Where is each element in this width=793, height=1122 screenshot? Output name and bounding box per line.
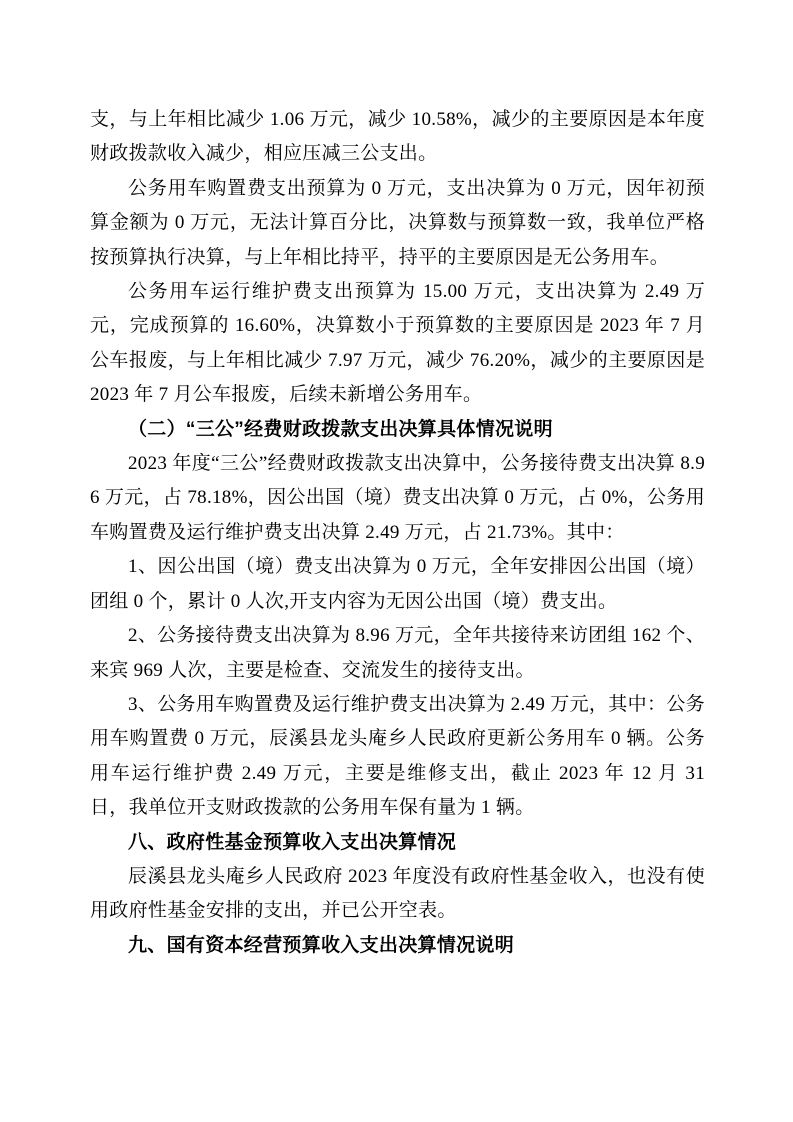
section-heading-government-fund-budget: 八、政府性基金预算收入支出决算情况	[90, 826, 705, 860]
paragraph-continuation: 支，与上年相比减少 1.06 万元，减少 10.58%，减少的主要原因是本年度财…	[90, 103, 705, 172]
paragraph-government-fund-statement: 辰溪县龙头庵乡人民政府 2023 年度没有政府性基金收入，也没有使用政府性基金安…	[90, 860, 705, 929]
document-page: 支，与上年相比减少 1.06 万元，减少 10.58%，减少的主要原因是本年度财…	[0, 0, 793, 1122]
paragraph-item-2-official-reception: 2、公务接待费支出决算为 8.96 万元，全年共接待来访团组 162 个、来宾 …	[90, 619, 705, 688]
paragraph-vehicle-maintenance: 公务用车运行维护费支出预算为 15.00 万元，支出决算为 2.49 万元，完成…	[90, 275, 705, 413]
paragraph-three-public-summary: 2023 年度“三公”经费财政拨款支出决算中，公务接待费支出决算 8.96 万元…	[90, 447, 705, 550]
paragraph-item-3-vehicle-expense: 3、公务用车购置费及运行维护费支出决算为 2.49 万元，其中：公务用车购置费 …	[90, 688, 705, 826]
paragraph-vehicle-purchase: 公务用车购置费支出预算为 0 万元，支出决算为 0 万元，因年初预算金额为 0 …	[90, 172, 705, 275]
paragraph-item-1-overseas-trips: 1、因公出国（境）费支出决算为 0 万元，全年安排因公出国（境）团组 0 个，累…	[90, 550, 705, 619]
section-heading-state-capital-budget: 九、国有资本经营预算收入支出决算情况说明	[90, 929, 705, 963]
section-heading-three-public-expense-details: （二）“三公”经费财政拨款支出决算具体情况说明	[90, 413, 705, 447]
